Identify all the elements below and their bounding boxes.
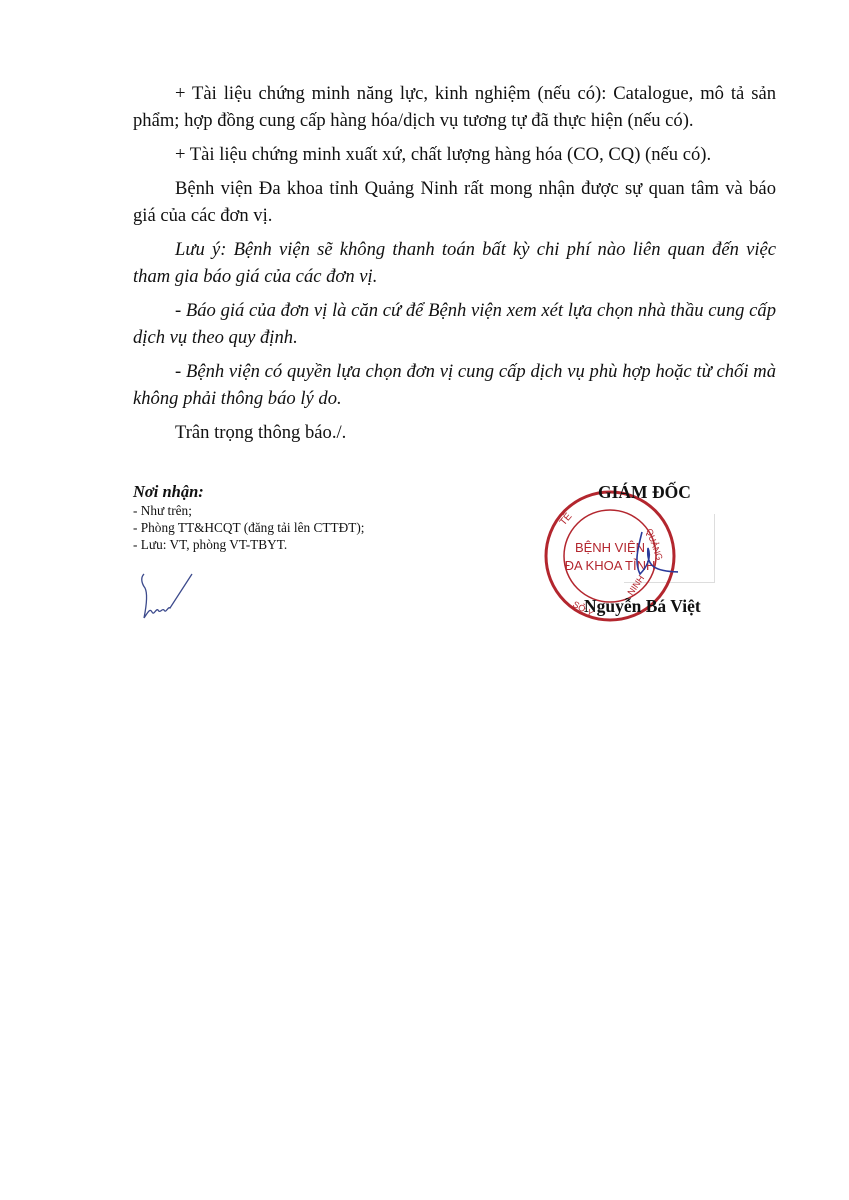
paragraph-capability-docs: + Tài liệu chứng minh năng lực, kinh ngh… — [133, 80, 776, 134]
paragraph-quote-basis: - Báo giá của đơn vị là căn cứ để Bệnh v… — [133, 297, 776, 351]
svg-text:BỆNH VIỆN: BỆNH VIỆN — [575, 540, 645, 555]
paragraph-note: Lưu ý: Bệnh viện sẽ không thanh toán bất… — [133, 236, 776, 290]
recipient-item: - Phòng TT&HCQT (đăng tải lên CTTĐT); — [133, 519, 364, 536]
svg-text:ĐA KHOA TỈNH: ĐA KHOA TỈNH — [565, 558, 656, 573]
document-page: + Tài liệu chứng minh năng lực, kinh ngh… — [0, 0, 849, 1200]
body-text: + Tài liệu chứng minh năng lực, kinh ngh… — [133, 80, 776, 453]
initials-signature-icon — [136, 568, 196, 626]
signature-block: BỆNH VIỆN ĐA KHOA TỈNH TẾ QUẢNG NINH SỞ … — [540, 478, 760, 628]
signer-name: Nguyễn Bá Việt — [584, 596, 701, 617]
recipient-item: - Lưu: VT, phòng VT-TBYT. — [133, 536, 364, 553]
svg-text:TẾ: TẾ — [556, 510, 574, 528]
paragraph-invitation: Bệnh viện Đa khoa tỉnh Quảng Ninh rất mo… — [133, 175, 776, 229]
recipients-title: Nơi nhận: — [133, 482, 364, 502]
paragraph-right-to-reject: - Bệnh viện có quyền lựa chọn đơn vị cun… — [133, 358, 776, 412]
paragraph-closing: Trân trọng thông báo./. — [133, 419, 776, 446]
svg-text:NINH: NINH — [625, 573, 646, 597]
paragraph-origin-docs: + Tài liệu chứng minh xuất xứ, chất lượn… — [133, 141, 776, 168]
signer-title: GIÁM ĐỐC — [598, 482, 691, 503]
recipients-block: Nơi nhận: - Như trên; - Phòng TT&HCQT (đ… — [133, 482, 364, 553]
recipient-item: - Như trên; — [133, 502, 364, 519]
